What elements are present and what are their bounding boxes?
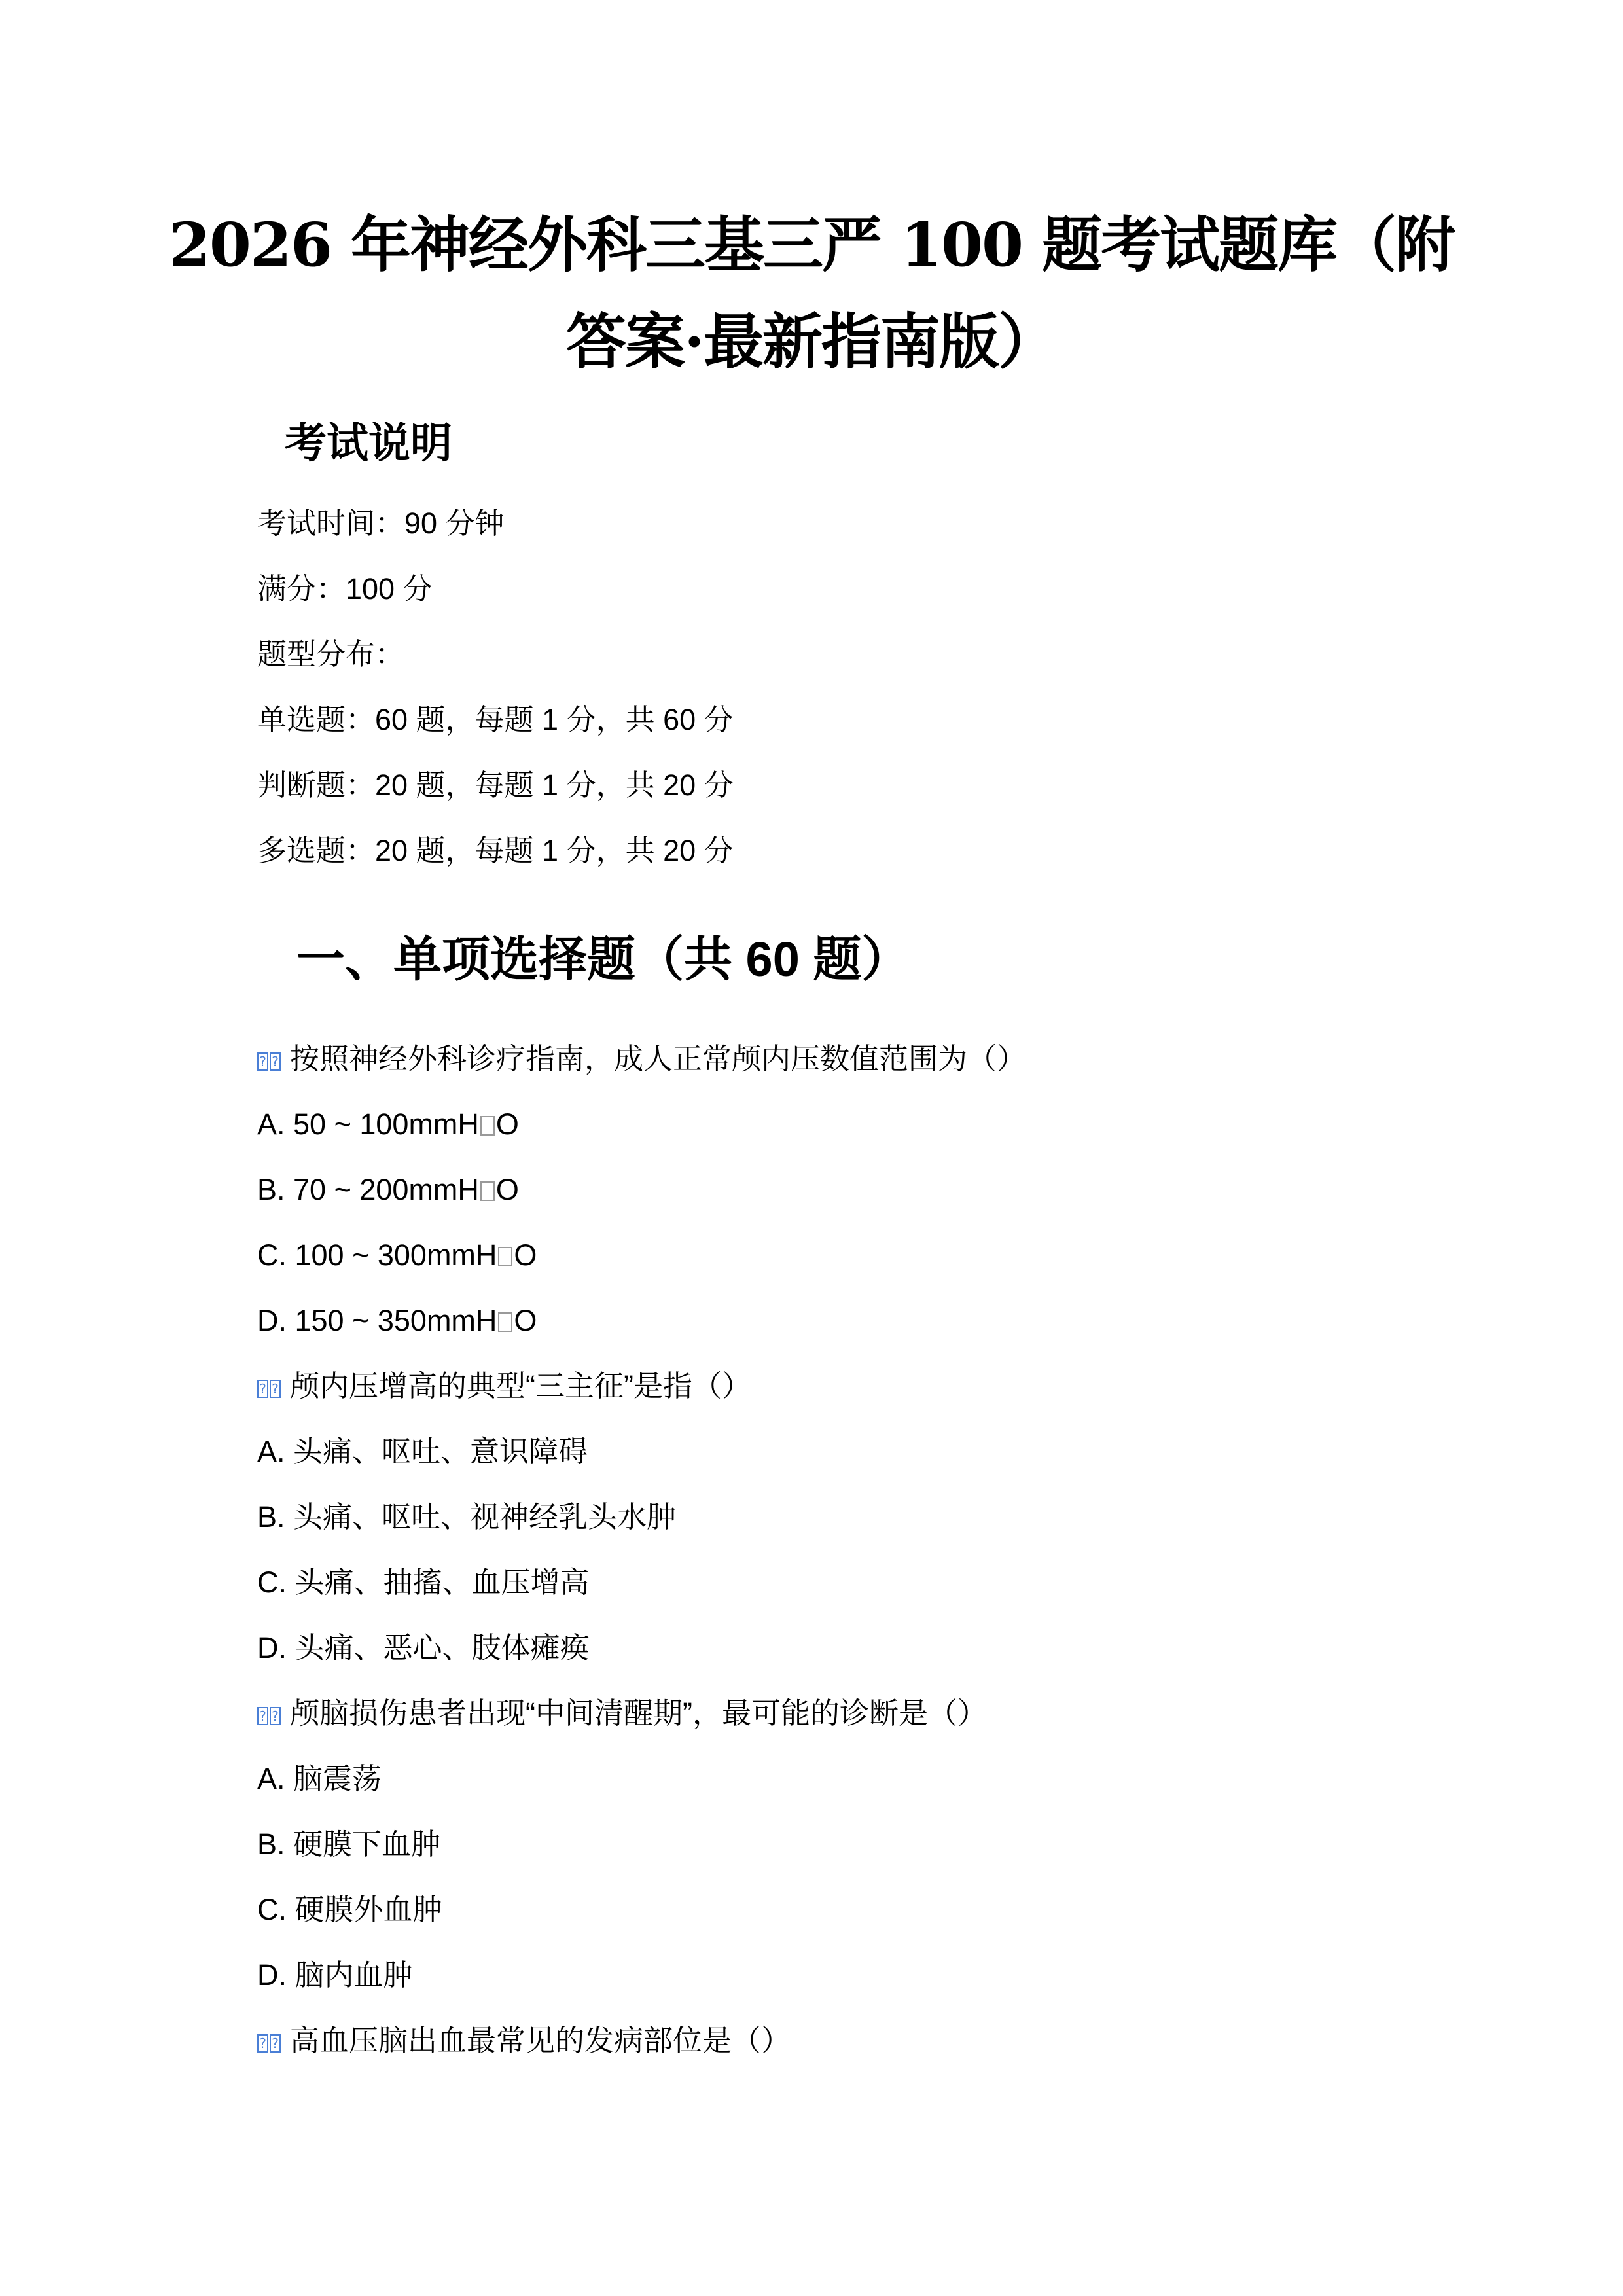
exam-info-heading: 考试说明 [285, 414, 452, 473]
question-4-stem: ?? 高血压脑出血最常见的发病部位是（） [257, 2021, 791, 2060]
question-3-option-d: D. 脑内血肿 [257, 1956, 413, 1995]
single-choice-info: 单选题：60 题，每题 1 分，共 60 分 [257, 700, 734, 740]
full-score: 满分：100 分 [257, 569, 433, 609]
question-2-option-c: C. 头痛、抽搐、血压增高 [257, 1563, 590, 1602]
question-text: 按照神经外科诊疗指南，成人正常颅内压数值范围为（） [290, 1042, 1026, 1075]
question-text: 高血压脑出血最常见的发病部位是（） [290, 2024, 791, 2057]
question-1-option-d: D. 150 ~ 350mmHO [257, 1301, 537, 1340]
exam-time: 考试时间：90 分钟 [257, 504, 505, 543]
title-line-2: 答案·最新指南版） [164, 293, 1459, 390]
title-line-1: 2026 年神经外科三基三严 100 题考试题库（附 [164, 196, 1459, 293]
missing-glyph-icon [480, 1181, 495, 1201]
document-page: 2026 年神经外科三基三严 100 题考试题库（附 答案·最新指南版） 考试说… [0, 0, 1623, 2296]
question-3-option-a: A. 脑震荡 [257, 1759, 382, 1799]
section-heading-single-choice: 一、单项选择题（共 60 题） [296, 927, 910, 992]
missing-glyph-icon [498, 1247, 512, 1266]
question-3-option-c: C. 硬膜外血肿 [257, 1890, 442, 1929]
multi-choice-info: 多选题：20 题，每题 1 分，共 20 分 [257, 831, 734, 870]
question-1-stem: ?? 按照神经外科诊疗指南，成人正常颅内压数值范围为（） [257, 1039, 1026, 1079]
question-2-option-a: A. 头痛、呕吐、意识障碍 [257, 1432, 588, 1471]
question-number-icon: ?? [257, 2034, 281, 2053]
question-text: 颅脑损伤患者出现“中间清醒期”，最可能的诊断是（） [290, 1696, 987, 1730]
question-number-icon: ?? [257, 1052, 281, 1071]
question-1-option-c: C. 100 ~ 300mmHO [257, 1236, 537, 1275]
true-false-info: 判断题：20 题，每题 1 分，共 20 分 [257, 766, 734, 805]
question-number-icon: ?? [257, 1707, 281, 1725]
question-2-option-b: B. 头痛、呕吐、视神经乳头水肿 [257, 1498, 676, 1537]
missing-glyph-icon [498, 1312, 512, 1332]
question-1-option-a: A. 50 ~ 100mmHO [257, 1105, 519, 1144]
document-title: 2026 年神经外科三基三严 100 题考试题库（附 答案·最新指南版） [164, 196, 1459, 390]
question-number-icon: ?? [257, 1380, 281, 1398]
missing-glyph-icon [480, 1116, 495, 1136]
question-text: 颅内压增高的典型“三主征”是指（） [290, 1369, 751, 1403]
question-1-option-b: B. 70 ~ 200mmHO [257, 1170, 519, 1210]
question-2-stem: ?? 颅内压增高的典型“三主征”是指（） [257, 1367, 751, 1406]
question-types-label: 题型分布： [257, 635, 404, 674]
question-3-option-b: B. 硬膜下血肿 [257, 1825, 440, 1864]
question-3-stem: ?? 颅脑损伤患者出现“中间清醒期”，最可能的诊断是（） [257, 1694, 987, 1733]
question-2-option-d: D. 头痛、恶心、肢体瘫痪 [257, 1628, 590, 1668]
